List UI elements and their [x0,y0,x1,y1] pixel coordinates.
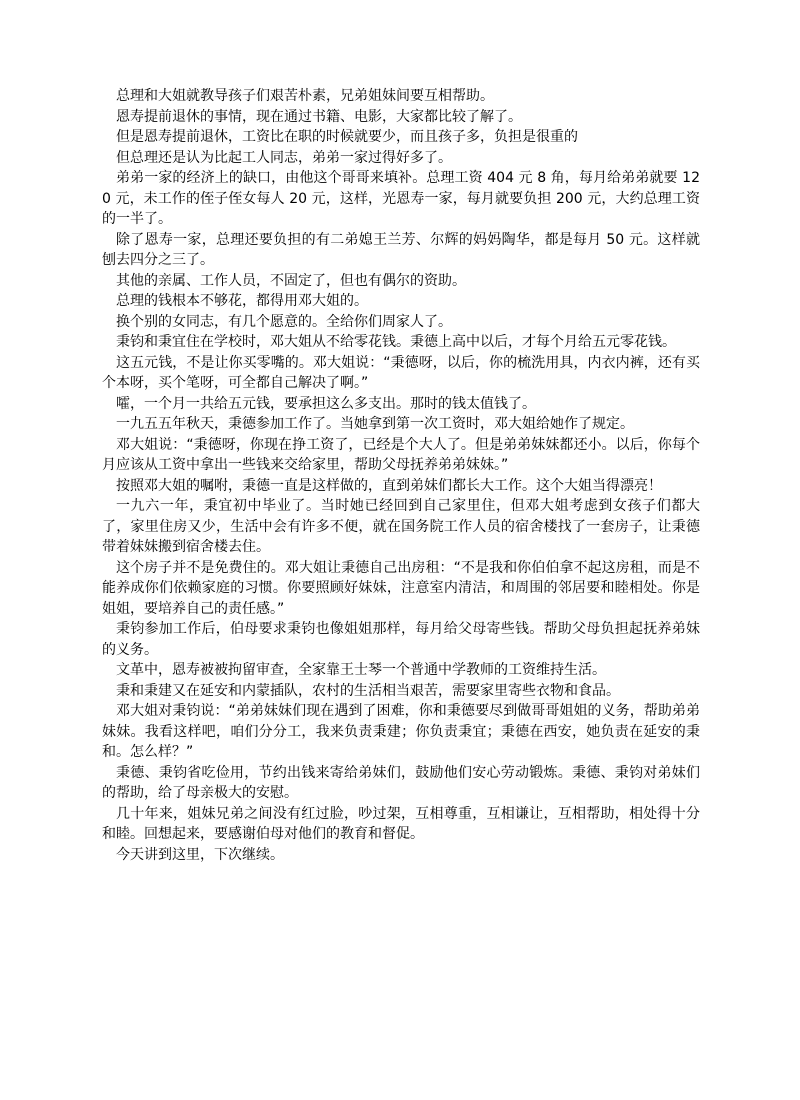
paragraph: 总理和大姐就教导孩子们艰苦朴素，兄弟姐妹间要互相帮助。 [102,86,700,107]
paragraph: 秉钧参加工作后，伯母要求秉钧也像姐姐那样，每月给父母寄些钱。帮助父母负担起抚养弟… [102,619,700,660]
paragraph: 一九五五年秋天，秉德参加工作了。当她拿到第一次工资时，邓大姐给她作了规定。 [102,414,700,435]
paragraph: 但总理还是认为比起工人同志，弟弟一家过得好多了。 [102,148,700,169]
paragraph: 秉钧和秉宜住在学校时，邓大姐从不给零花钱。秉德上高中以后，才每个月给五元零花钱。 [102,332,700,353]
document-page: 总理和大姐就教导孩子们艰苦朴素，兄弟姐妹间要互相帮助。 恩寿提前退休的事情，现在… [102,86,700,865]
paragraph: 秉德、秉钧省吃俭用，节约出钱来寄给弟妹们，鼓励他们安心劳动锻炼。秉德、秉钧对弟妹… [102,763,700,804]
paragraph: 这个房子并不是免费住的。邓大姐让秉德自己出房租：“不是我和你伯伯拿不起这房租，而… [102,558,700,620]
paragraph: 邓大姐对秉钧说：“弟弟妹妹们现在遇到了困难，你和秉德要尽到做哥哥姐姐的义务，帮助… [102,701,700,763]
paragraph: 一九六一年，秉宜初中毕业了。当时她已经回到自己家里住，但邓大姐考虑到女孩子们都大… [102,496,700,558]
paragraph: 这五元钱，不是让你买零嘴的。邓大姐说：“秉德呀，以后，你的梳洗用具，内衣内裤，还… [102,353,700,394]
paragraph: 换个别的女同志，有几个愿意的。全给你们周家人了。 [102,312,700,333]
paragraph: 其他的亲属、工作人员，不固定了，但也有偶尔的资助。 [102,271,700,292]
paragraph: 除了恩寿一家，总理还要负担的有二弟媳王兰芳、尔辉的妈妈陶华，都是每月 50 元。… [102,230,700,271]
paragraph: 秉和秉建又在延安和内蒙插队，农村的生活相当艰苦，需要家里寄些衣物和食品。 [102,681,700,702]
paragraph: 恩寿提前退休的事情，现在通过书籍、电影，大家都比较了解了。 [102,107,700,128]
paragraph: 邓大姐说：“秉德呀，你现在挣工资了，已经是个大人了。但是弟弟妹妹都还小。以后，你… [102,435,700,476]
paragraph: 按照邓大姐的嘱咐，秉德一直是这样做的，直到弟妹们都长大工作。这个大姐当得漂亮！ [102,476,700,497]
paragraph: 总理的钱根本不够花，都得用邓大姐的。 [102,291,700,312]
paragraph: 文革中，恩寿被被拘留审查，全家靠王士琴一个普通中学教师的工资维持生活。 [102,660,700,681]
paragraph: 但是恩寿提前退休，工资比在职的时候就要少，而且孩子多，负担是很重的 [102,127,700,148]
paragraph: 嚯，一个月一共给五元钱，要承担这么多支出。那时的钱太值钱了。 [102,394,700,415]
paragraph: 几十年来，姐妹兄弟之间没有红过脸，吵过架，互相尊重，互相谦让，互相帮助，相处得十… [102,804,700,845]
paragraph: 今天讲到这里，下次继续。 [102,845,700,866]
paragraph: 弟弟一家的经济上的缺口，由他这个哥哥来填补。总理工资 404 元 8 角，每月给… [102,168,700,230]
